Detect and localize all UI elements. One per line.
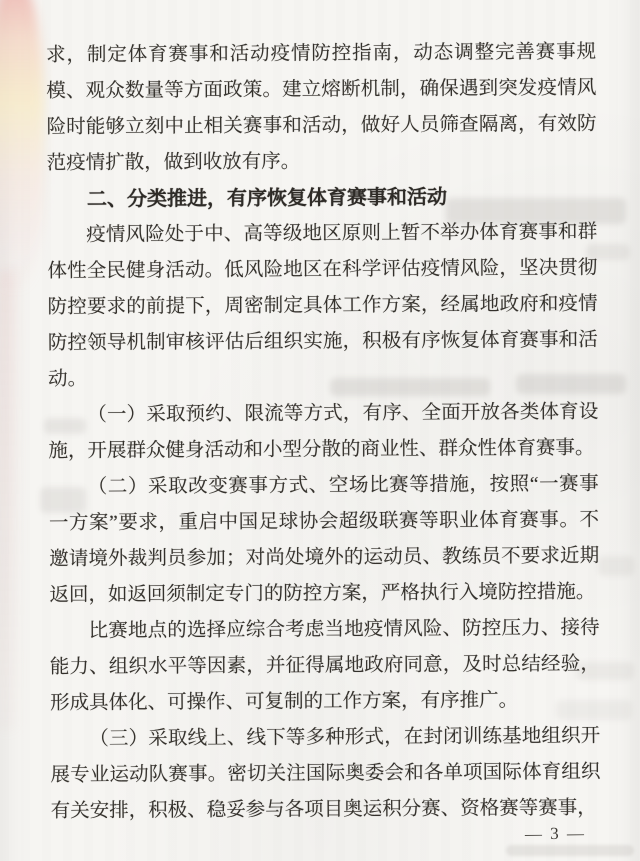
scan-corner-smudge [0,0,44,294]
section-heading: 二、分类推进，有序恢复体育赛事和活动 [47,179,597,218]
page-number: — 3 — [525,824,586,845]
paragraph: （一）采取预约、限流等方式，有序、全面开放各类体育设施，开展群众健身活动和小型分… [48,395,598,470]
document-body: 求，制定体育赛事和活动疫情防控指南，动态调整完善赛事规模、观众数量等方面政策。建… [46,35,601,830]
bleedthrough-smudge [598,556,634,576]
paragraph: 求，制定体育赛事和活动疫情防控指南，动态调整完善赛事规模、观众数量等方面政策。建… [46,35,597,182]
bleedthrough-smudge [506,845,634,856]
paragraph: （三）采取线上、线下等多种形式，在封闭训练基地组织开展专业运动队赛事。密切关注国… [50,719,601,830]
scanned-page: 求，制定体育赛事和活动疫情防控指南，动态调整完善赛事规模、观众数量等方面政策。建… [0,0,640,861]
paragraph: 疫情风险处于中、高等级地区原则上暂不举办体育赛事和群体性全民健身活动。低风险地区… [47,215,598,398]
paragraph: 比赛地点的选择应综合考虑当地疫情风险、防控压力、接待能力、组织水平等因素，并征得… [50,611,601,722]
scan-edge-streak [0,270,16,730]
paragraph: （二）采取改变赛事方式、空场比赛等措施，按照“一赛事一方案”要求，重启中国足球协… [49,467,600,614]
